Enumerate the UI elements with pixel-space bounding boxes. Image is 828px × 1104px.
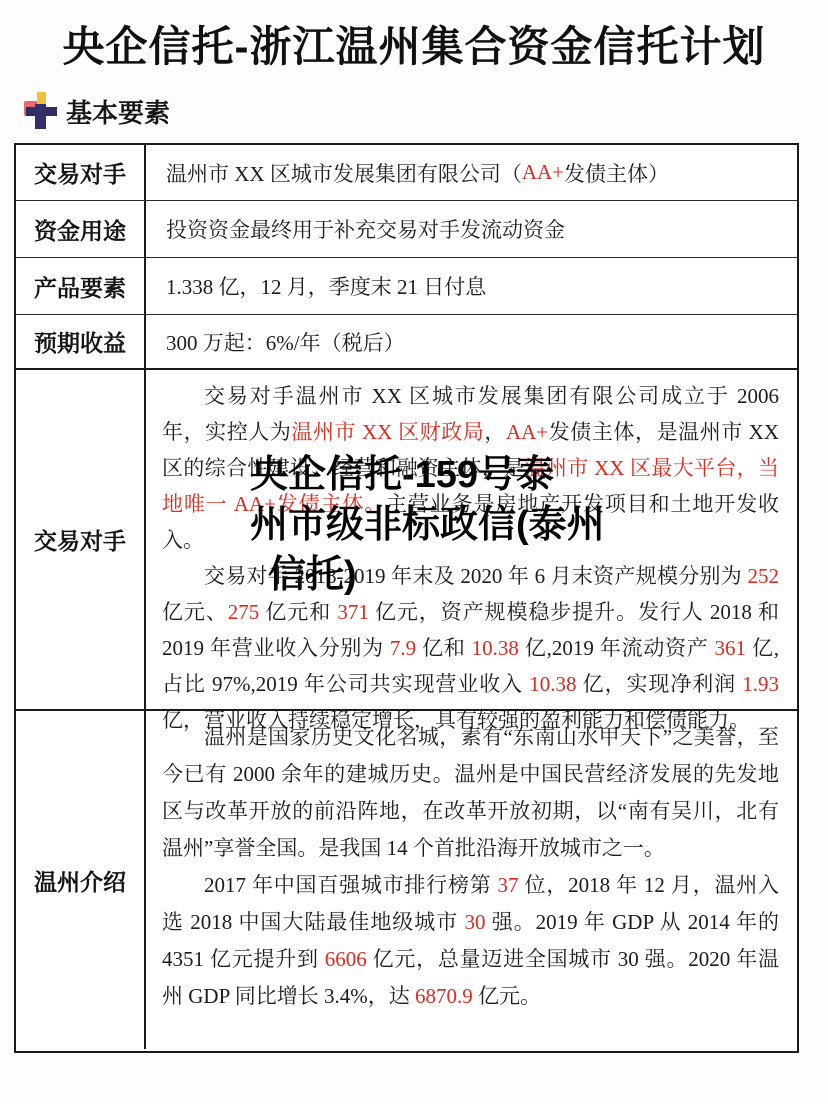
- watermark-line: 州市级非标政信(泰州: [250, 500, 605, 550]
- text-segment: 亿元。: [473, 984, 541, 1008]
- row-value: 温州市 XX 区城市发展集团有限公司（AA+发债主体）: [146, 145, 797, 200]
- watermark-line: 信托): [268, 550, 605, 600]
- highlighted-text: 30: [464, 910, 485, 934]
- row-label: 交易对手: [16, 145, 146, 200]
- text-segment: 亿元、: [162, 600, 228, 624]
- highlighted-text: 252: [748, 564, 780, 588]
- row-value: 300 万起：6%/年（税后）: [146, 315, 797, 368]
- text-segment: 300 万起：6%/年（税后）: [166, 327, 405, 357]
- text-segment: 投资资金最终用于补充交易对手发流动资金: [166, 214, 565, 244]
- text-segment: 亿元和: [259, 600, 337, 624]
- text-segment: 1.338 亿，12 月，季度末 21 日付息: [166, 271, 486, 301]
- text-segment: 温州是国家历史文化名城，素有“东南山水甲天下”之美誉，至今已有 2000 余年的…: [162, 725, 779, 860]
- watermark-overlay: 央企信托-159号泰 州市级非标政信(泰州 信托): [250, 450, 605, 600]
- paragraph: 温州是国家历史文化名城，素有“东南山水甲天下”之美誉，至今已有 2000 余年的…: [162, 719, 779, 867]
- watermark-line: 央企信托-159号泰: [250, 450, 605, 500]
- highlighted-text: 6870.9: [415, 984, 473, 1008]
- highlighted-text: 10.38: [472, 636, 519, 660]
- row-value: 温州是国家历史文化名城，素有“东南山水甲天下”之美誉，至今已有 2000 余年的…: [146, 711, 797, 1049]
- row-value: 1.338 亿，12 月，季度末 21 日付息: [146, 258, 797, 314]
- page-title: 央企信托-浙江温州集合资金信托计划: [0, 14, 828, 74]
- highlighted-text: AA+: [522, 160, 564, 185]
- text-segment: 亿,2019 年流动资产: [519, 636, 715, 660]
- colored-plus-icon: [22, 92, 58, 130]
- section-title: 基本要素: [66, 93, 170, 130]
- section-header: 基本要素: [22, 92, 170, 130]
- table-row-product-elements: 产品要素 1.338 亿，12 月，季度末 21 日付息: [16, 258, 797, 315]
- highlighted-text: 6606: [325, 947, 367, 971]
- highlighted-text: 1.93: [742, 672, 779, 696]
- highlighted-text: 275: [228, 600, 260, 624]
- highlighted-text: 361: [715, 636, 747, 660]
- text-segment: 发债主体）: [564, 158, 669, 188]
- text-segment: 亿和: [416, 636, 471, 660]
- table-row-expected-return: 预期收益 300 万起：6%/年（税后）: [16, 315, 797, 370]
- highlighted-text: 371: [337, 600, 369, 624]
- row-label: 资金用途: [16, 201, 146, 257]
- row-label: 预期收益: [16, 315, 146, 368]
- highlighted-text: 10.38: [529, 672, 576, 696]
- highlighted-text: 温州市 XX 区财政局: [291, 420, 484, 444]
- paragraph: 2017 年中国百强城市排行榜第 37 位，2018 年 12 月，温州入选 2…: [162, 867, 779, 1015]
- table-row-fund-use: 资金用途 投资资金最终用于补充交易对手发流动资金: [16, 201, 797, 258]
- highlighted-text: 37: [498, 873, 519, 897]
- row-label: 温州介绍: [16, 711, 146, 1049]
- icon-navy-vbar: [35, 104, 46, 129]
- row-label: 交易对手: [16, 370, 146, 709]
- row-value: 投资资金最终用于补充交易对手发流动资金: [146, 201, 797, 257]
- row-label: 产品要素: [16, 258, 146, 314]
- document-page: 央企信托-浙江温州集合资金信托计划 基本要素 交易对手 温州市 XX 区城市发展…: [0, 0, 828, 1104]
- table-row-wenzhou-intro: 温州介绍 温州是国家历史文化名城，素有“东南山水甲天下”之美誉，至今已有 200…: [16, 711, 797, 1049]
- text-segment: 温州市 XX 区城市发展集团有限公司（: [166, 158, 522, 188]
- highlighted-text: 7.9: [390, 636, 416, 660]
- text-segment: 2017 年中国百强城市排行榜第: [204, 873, 498, 897]
- text-segment: 亿，实现净利润: [577, 672, 743, 696]
- table-row-counterparty: 交易对手 温州市 XX 区城市发展集团有限公司（AA+发债主体）: [16, 145, 797, 201]
- text-segment: ，: [484, 420, 506, 444]
- highlighted-text: AA+: [506, 420, 548, 444]
